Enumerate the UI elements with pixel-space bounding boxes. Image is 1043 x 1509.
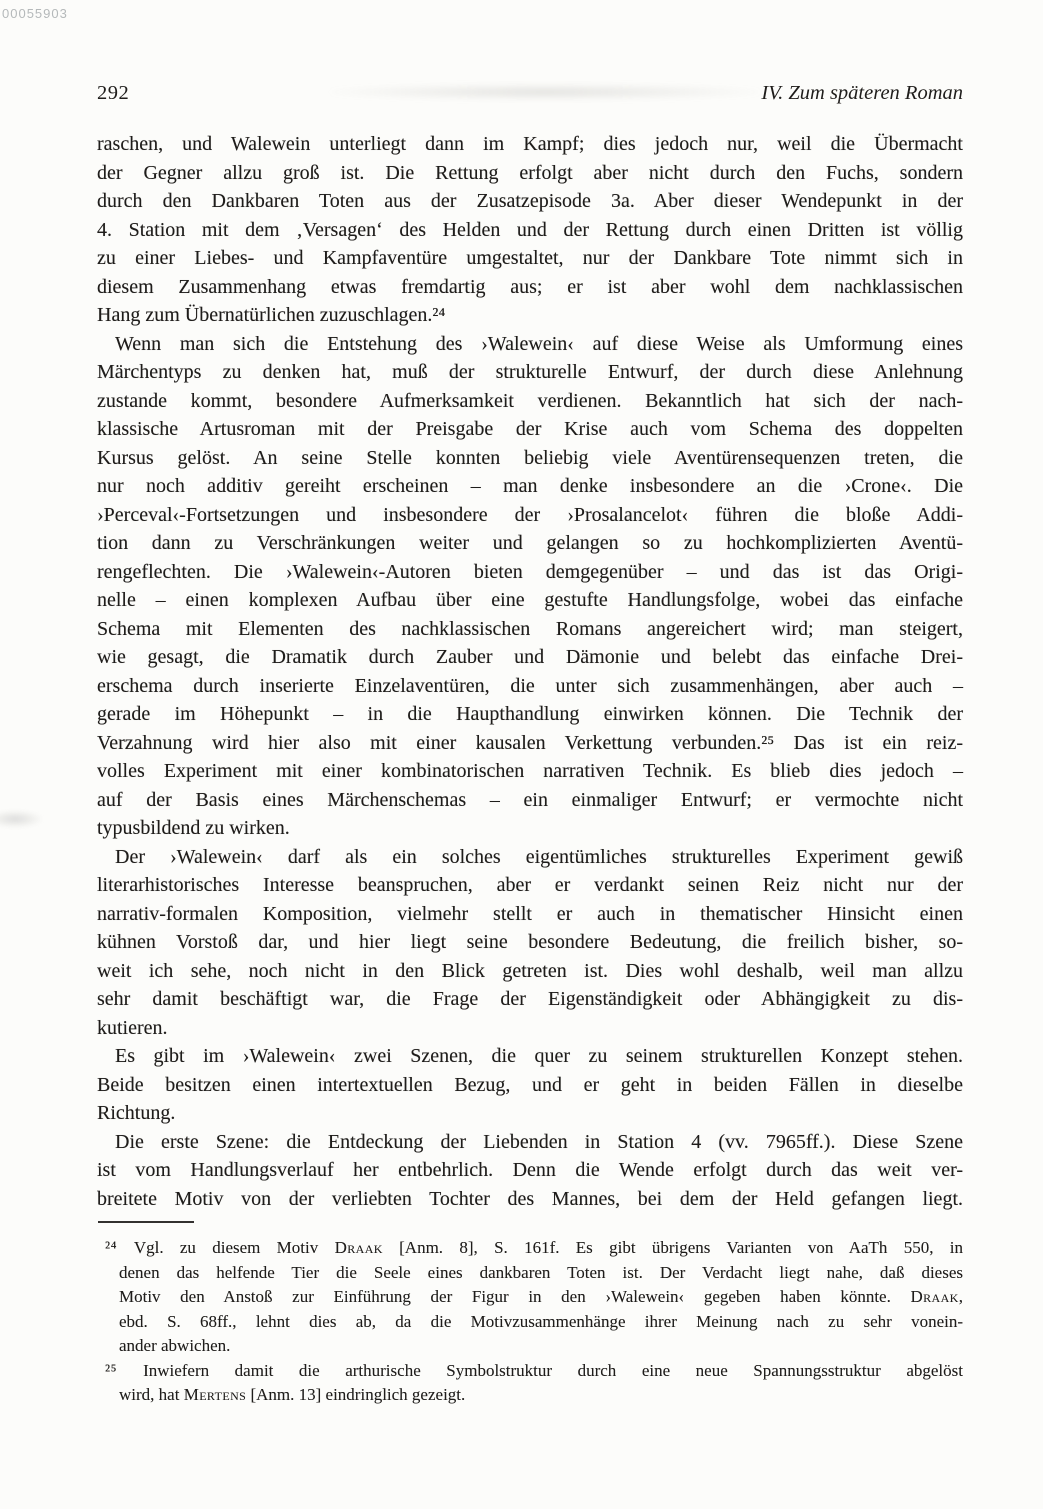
scan-smudge bbox=[0, 810, 44, 828]
paragraph: Wenn man sich die Entstehung des ›Walewe… bbox=[97, 330, 963, 843]
text-line: 4. Station mit dem ‚Versagen‘ des Helden… bbox=[97, 216, 963, 245]
text-line: der Gegner allzu groß ist. Die Rettung e… bbox=[97, 159, 963, 188]
text-line: sehr damit beschäftigt war, die Frage de… bbox=[97, 985, 963, 1014]
footnotes: ²⁴ Vgl. zu diesem Motiv Draak [Anm. 8], … bbox=[97, 1236, 963, 1408]
paragraph: raschen, und Walewein unterliegt dann im… bbox=[97, 130, 963, 330]
person-name-smallcaps: Draak bbox=[335, 1238, 383, 1257]
text-line: wie gesagt, die Dramatik durch Zauber un… bbox=[97, 643, 963, 672]
text-line: auf der Basis eines Märchenschemas – ein… bbox=[97, 786, 963, 815]
body-text: raschen, und Walewein unterliegt dann im… bbox=[97, 130, 963, 1213]
text-line: Schema mit Elementen des nachklassischen… bbox=[97, 615, 963, 644]
page-number: 292 bbox=[97, 82, 129, 105]
text-line: Hang zum Übernatürlichen zuzuschlagen.²⁴ bbox=[97, 301, 963, 330]
text-line: Märchentyps zu denken hat, muß der struk… bbox=[97, 358, 963, 387]
footnote-line: ²⁴ Vgl. zu diesem Motiv Draak [Anm. 8], … bbox=[97, 1236, 963, 1261]
paragraph: Der ›Walewein‹ darf als ein solches eige… bbox=[97, 843, 963, 1043]
text-line: breitete Motiv von der verliebten Tochte… bbox=[97, 1185, 963, 1214]
text-line: tion dann zu Verschränkungen weiter und … bbox=[97, 529, 963, 558]
text-line: Die erste Szene: die Entdeckung der Lieb… bbox=[97, 1128, 963, 1157]
text-line: klassische Artusroman mit der Preisgabe … bbox=[97, 415, 963, 444]
text-line: ›Perceval‹-Fortsetzungen und insbesonder… bbox=[97, 501, 963, 530]
text-line: nur noch additiv gereiht erscheinen – ma… bbox=[97, 472, 963, 501]
text-line: zu einer Liebes- und Kampfaventüre umges… bbox=[97, 244, 963, 273]
text-line: erschema durch inserierte Einzelaventüre… bbox=[97, 672, 963, 701]
text-line: kühnen Vorstoß dar, und hier liegt seine… bbox=[97, 928, 963, 957]
footnote: ²⁴ Vgl. zu diesem Motiv Draak [Anm. 8], … bbox=[97, 1236, 963, 1359]
footnote-line: denen das helfende Tier die Seele eines … bbox=[97, 1261, 963, 1286]
text-line: Beide besitzen einen intertextuellen Bez… bbox=[97, 1071, 963, 1100]
text-line: weit ich sehe, noch nicht in den Blick g… bbox=[97, 957, 963, 986]
text-line: raschen, und Walewein unterliegt dann im… bbox=[97, 130, 963, 159]
text-line: Wenn man sich die Entstehung des ›Walewe… bbox=[97, 330, 963, 359]
footnote-line: ebd. S. 68ff., lehnt dies ab, da die Mot… bbox=[97, 1310, 963, 1335]
footnote-marker: ²⁴ bbox=[105, 1238, 134, 1257]
footnote-separator-rule bbox=[98, 1221, 194, 1223]
paragraph: Es gibt im ›Walewein‹ zwei Szenen, die q… bbox=[97, 1042, 963, 1128]
footnote-line: Motiv den Anstoß zur Einführung der Figu… bbox=[97, 1285, 963, 1310]
text-line: rengeflechten. Die ›Walewein‹-Autoren bi… bbox=[97, 558, 963, 587]
person-name-smallcaps: Draak bbox=[910, 1287, 958, 1306]
text-line: kutieren. bbox=[97, 1014, 963, 1043]
footnote: ²⁵ Inwiefern damit die arthurische Symbo… bbox=[97, 1359, 963, 1408]
chapter-title: IV. Zum späteren Roman bbox=[761, 82, 963, 105]
text-line: Richtung. bbox=[97, 1099, 963, 1128]
text-line: durch den Dankbaren Toten aus der Zusatz… bbox=[97, 187, 963, 216]
footnote-line: ander abwichen. bbox=[97, 1334, 963, 1359]
scan-id-number: 00055903 bbox=[2, 6, 68, 21]
footnote-marker: ²⁵ bbox=[105, 1361, 143, 1380]
page-header: 292 IV. Zum späteren Roman bbox=[97, 82, 963, 105]
footnote-line: ²⁵ Inwiefern damit die arthurische Symbo… bbox=[97, 1359, 963, 1384]
text-line: nelle – einen komplexen Aufbau über eine… bbox=[97, 586, 963, 615]
text-line: volles Experiment mit einer kombinatoris… bbox=[97, 757, 963, 786]
text-line: Der ›Walewein‹ darf als ein solches eige… bbox=[97, 843, 963, 872]
person-name-smallcaps: Mertens bbox=[184, 1385, 247, 1404]
text-line: diesem Zusammenhang etwas fremdartig aus… bbox=[97, 273, 963, 302]
text-line: narrativ-formalen Komposition, vielmehr … bbox=[97, 900, 963, 929]
text-line: zustande kommt, besondere Aufmerksamkeit… bbox=[97, 387, 963, 416]
text-line: Kursus gelöst. An seine Stelle konnten b… bbox=[97, 444, 963, 473]
text-line: typusbildend zu wirken. bbox=[97, 814, 963, 843]
text-line: Es gibt im ›Walewein‹ zwei Szenen, die q… bbox=[97, 1042, 963, 1071]
text-line: literarhistorisches Interesse beanspruch… bbox=[97, 871, 963, 900]
text-line: ist vom Handlungsverlauf her entbehrlich… bbox=[97, 1156, 963, 1185]
text-line: Verzahnung wird hier also mit einer kaus… bbox=[97, 729, 963, 758]
paragraph: Die erste Szene: die Entdeckung der Lieb… bbox=[97, 1128, 963, 1214]
footnote-line: wird, hat Mertens [Anm. 13] eindringlich… bbox=[97, 1383, 963, 1408]
scanned-book-page: 00055903 292 IV. Zum späteren Roman rasc… bbox=[0, 0, 1043, 1509]
text-line: gerade im Höhepunkt – in die Haupthandlu… bbox=[97, 700, 963, 729]
